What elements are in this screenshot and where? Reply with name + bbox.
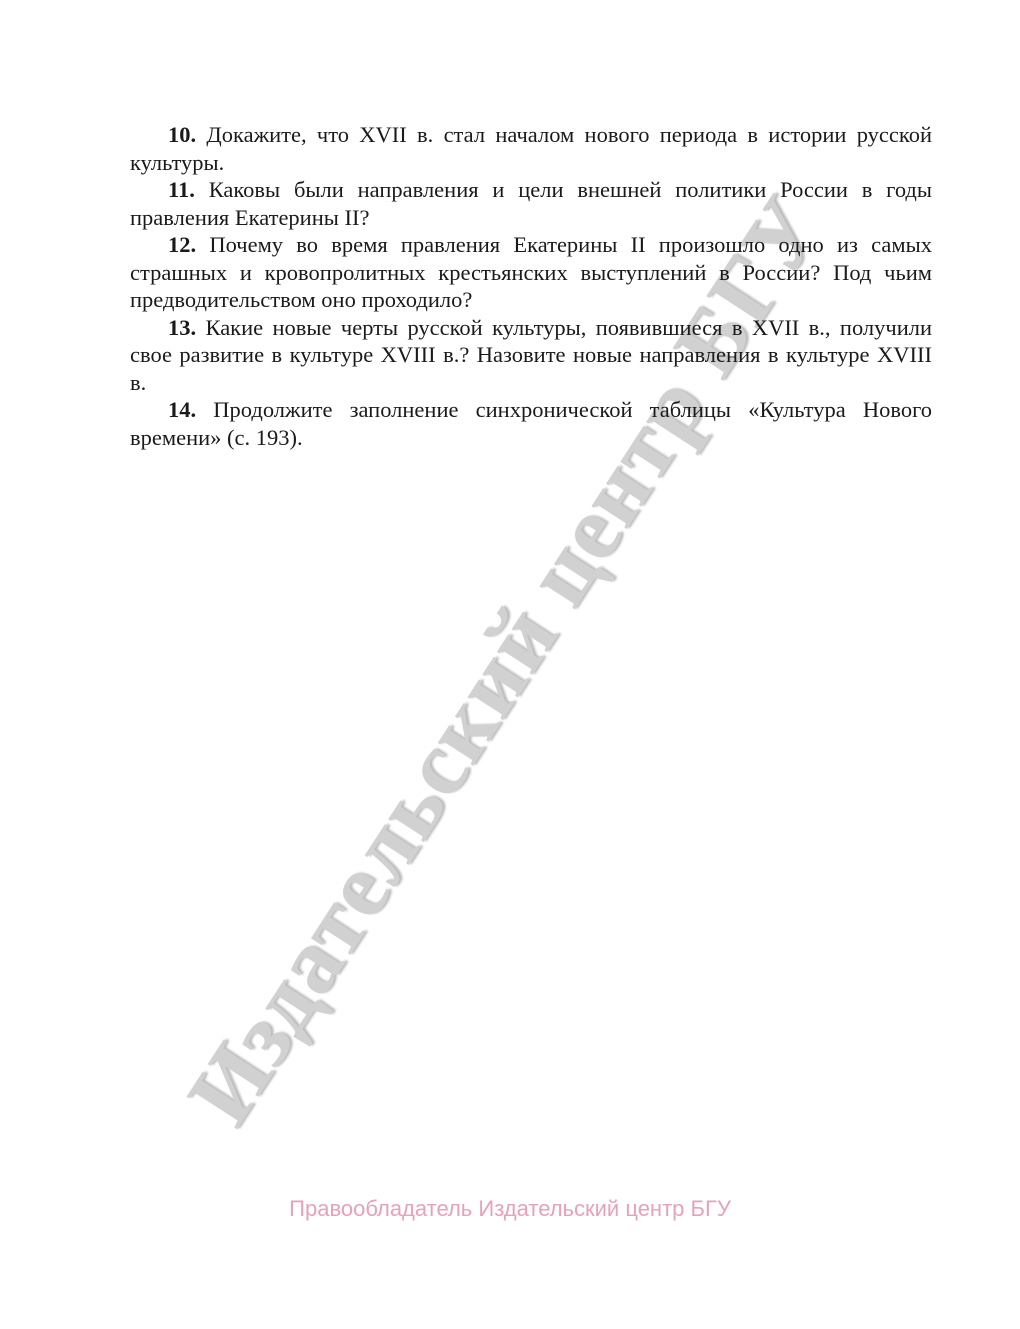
question-item: 10. Докажите, что XVII в. стал началом н… xyxy=(130,121,932,176)
question-text: Каковы были направления и цели внешней п… xyxy=(130,177,932,230)
question-item: 13. Какие новые черты русской культуры, … xyxy=(130,314,932,397)
question-item: 12. Почему во время правления Екатерины … xyxy=(130,231,932,314)
question-text: Какие новые черты русской культуры, появ… xyxy=(130,315,932,395)
question-number: 11. xyxy=(168,177,195,202)
question-item: 14. Продолжите заполнение синхронической… xyxy=(130,396,932,451)
questions-list: 10. Докажите, что XVII в. стал началом н… xyxy=(130,121,932,451)
question-number: 14. xyxy=(168,397,196,422)
question-text: Докажите, что XVII в. стал началом новог… xyxy=(130,122,932,175)
document-page: Издательский центр БГУ 10. Докажите, что… xyxy=(0,0,1020,1329)
question-number: 13. xyxy=(168,315,196,340)
question-item: 11. Каковы были направления и цели внешн… xyxy=(130,176,932,231)
copyright-footer: Правообладатель Издательский центр БГУ xyxy=(0,1196,1020,1222)
question-number: 10. xyxy=(168,122,196,147)
question-text: Продолжите заполнение синхронической таб… xyxy=(130,397,932,450)
question-text: Почему во время правления Екатерины II п… xyxy=(130,232,932,312)
question-number: 12. xyxy=(168,232,196,257)
